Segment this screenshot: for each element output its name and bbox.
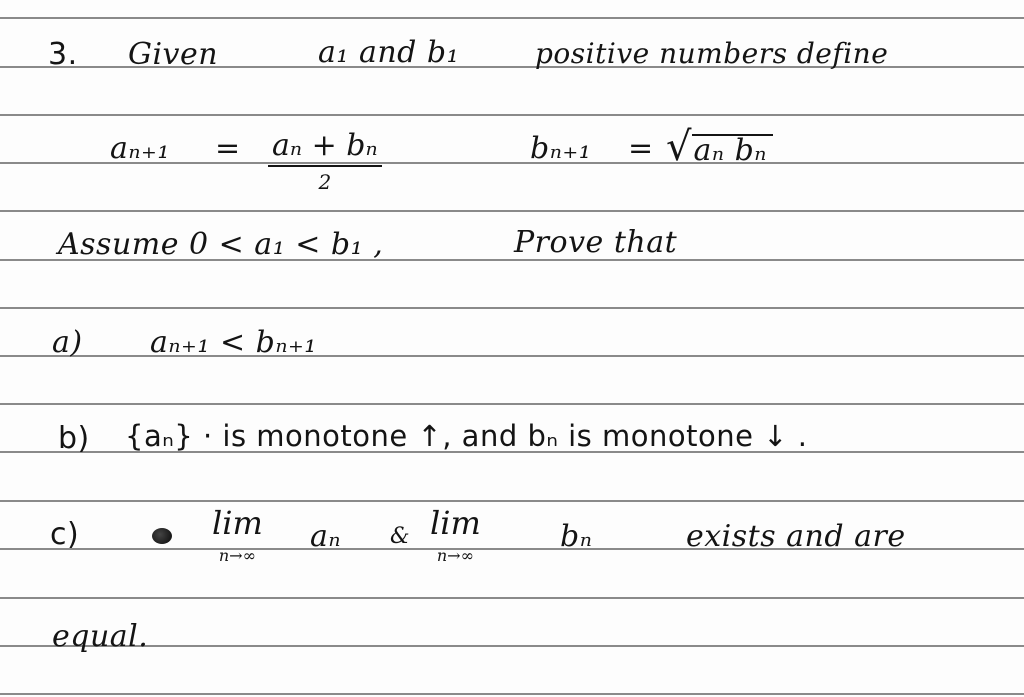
problem-number: 3. [48,40,78,70]
limit-b-operator: lim [430,504,481,542]
limit-a: lim n→∞ [212,504,263,565]
ruled-line [0,403,1024,405]
sqrt-radicand: aₙ bₙ [692,134,773,166]
b-recurrence-lhs: bₙ₊₁ [530,134,591,164]
limit-a-subscript: n→∞ [212,546,263,565]
ruled-line [0,693,1024,695]
limit-connector: & [390,526,410,548]
part-b-statement: {aₙ} · is monotone ↑, and bₙ is monotone… [125,422,807,451]
final-word: equal. [52,622,148,652]
given-variables: a₁ and b₁ [318,38,459,68]
limit-b-subscript: n→∞ [430,546,481,565]
scribble-blot [152,528,172,544]
sqrt-icon: √ [666,124,692,170]
assumption-text: Assume 0 < a₁ < b₁ , [58,230,383,260]
ruled-line [0,645,1024,647]
given-description: positive numbers define [535,40,888,68]
limit-a-sequence: aₙ [310,522,341,552]
ruled-line [0,307,1024,309]
handwritten-page: 3. Given a₁ and b₁ positive numbers defi… [0,0,1024,697]
b-recurrence-sqrt: √aₙ bₙ [666,124,773,170]
a-recurrence-fraction: aₙ + bₙ 2 [268,128,382,194]
ruled-line [0,500,1024,502]
part-c-label: c) [50,520,79,550]
b-recurrence-equals: = [628,134,654,164]
a-recurrence-equals: = [215,134,241,164]
limit-a-operator: lim [212,504,263,542]
part-b-label: b) [58,424,90,454]
limit-b-sequence: bₙ [560,522,592,552]
ruled-line [0,210,1024,212]
ruled-line [0,114,1024,116]
limit-b: lim n→∞ [430,504,481,565]
ruled-line [0,597,1024,599]
ruled-line [0,17,1024,19]
part-a-statement: aₙ₊₁ < bₙ₊₁ [150,328,317,358]
part-c-rest: exists and are [686,522,906,552]
part-a-label: a) [52,328,83,358]
fraction-denominator: 2 [268,167,382,194]
fraction-numerator: aₙ + bₙ [268,128,382,167]
a-recurrence-lhs: aₙ₊₁ [110,134,170,164]
prove-that-text: Prove that [514,228,677,258]
given-word: Given [128,40,218,70]
